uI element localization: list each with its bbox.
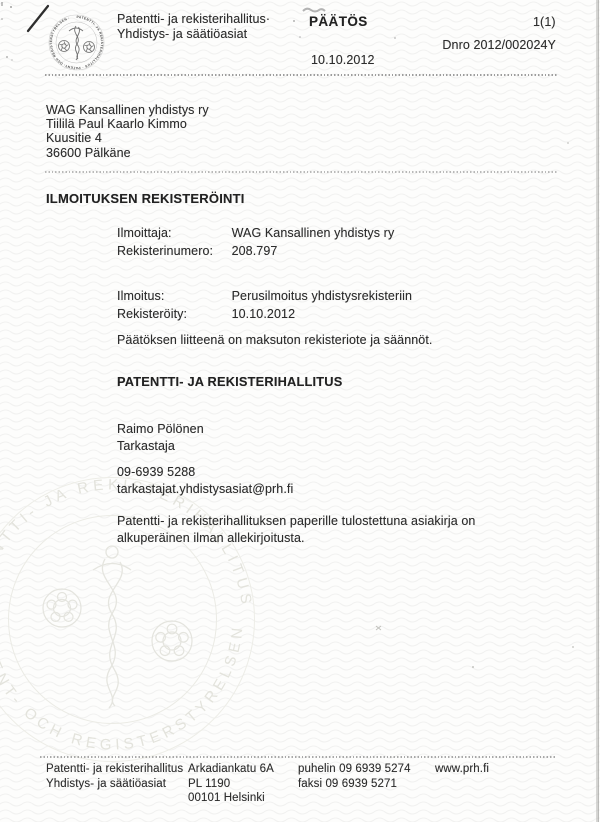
- field-value: WAG Kansallinen yhdistys ry: [232, 226, 395, 240]
- watermark-ring-text-bottom: PATENT- OCH REGISTERSTYRELSEN: [0, 623, 247, 754]
- scan-speck: [472, 666, 474, 668]
- section-heading: ILMOITUKSEN REKISTERÖINTI: [46, 192, 245, 207]
- field-value: 10.10.2012: [232, 307, 296, 321]
- footer-phone: puhelin 09 6939 5274: [298, 762, 411, 777]
- watermark-rosette-right: [152, 621, 192, 661]
- doc-type-title: PÄÄTÖS: [309, 15, 368, 30]
- doc-date: 10.10.2012: [311, 53, 375, 68]
- pen-mark: [28, 6, 48, 31]
- field-value: Perusilmoitus yhdistysrekisteriin: [232, 289, 412, 303]
- signature-block: Raimo Pölönen Tarkastaja: [117, 421, 204, 455]
- footer-address-line2: PL 1190: [188, 777, 274, 792]
- dnro-number: Dnro 2012/002024Y: [442, 38, 556, 53]
- prh-seal-icon: PATENTTI- JA REKISTERIHALLITUS · PATENT-…: [47, 13, 106, 72]
- scan-speck: [11, 59, 12, 60]
- footer-separator-line: [40, 756, 557, 758]
- recipient-line: 36600 Pälkäne: [46, 146, 209, 160]
- footer-fax: faksi 09 6939 5271: [298, 777, 411, 792]
- scan-edge-shadow: [596, 0, 597, 822]
- footer-website: www.prh.fi: [435, 762, 489, 777]
- field-label: Rekisteröity:: [117, 307, 228, 322]
- contact-block: 09-6939 5288 tarkastajat.yhdistysasiat@p…: [117, 464, 293, 498]
- contact-phone: 09-6939 5288: [117, 464, 293, 481]
- scan-edge-line: [598, 0, 599, 822]
- seal-rosette-right: [84, 42, 95, 53]
- scan-speck: [299, 36, 301, 38]
- footer-org-block: Patentti- ja rekisterihallitus Yhdistys-…: [46, 762, 183, 791]
- header-org-line2: Yhdistys- ja säätiöasiat: [117, 27, 270, 42]
- scan-speck: [394, 37, 396, 39]
- scan-speck: [572, 646, 574, 648]
- recipient-line: WAG Kansallinen yhdistys ry: [46, 103, 209, 117]
- office-name: PATENTTI- JA REKISTERIHALLITUS: [117, 375, 342, 390]
- footer-address-line1: Arkadiankatu 6A: [188, 762, 274, 777]
- attachment-note: Päätöksen liitteenä on maksuton rekister…: [117, 333, 433, 348]
- footer-address-line3: 00101 Helsinki: [188, 791, 274, 806]
- validity-note: Patentti- ja rekisterihallituksen paperi…: [117, 513, 475, 548]
- field-label: Ilmoitus:: [117, 289, 228, 304]
- scan-speck: [1, 18, 3, 20]
- recipient-line: Tiililä Paul Kaarlo Kimmo: [46, 117, 209, 131]
- field-row-rekisterinumero: Rekisterinumero: 208.797: [117, 244, 277, 259]
- signer-name: Raimo Pölönen: [117, 421, 204, 438]
- scan-speck: [293, 20, 295, 22]
- recipient-address-block: WAG Kansallinen yhdistys ry Tiililä Paul…: [46, 103, 209, 160]
- contact-email: tarkastajat.yhdistysasiat@prh.fi: [117, 481, 293, 498]
- seal-rosette-left: [59, 41, 70, 52]
- field-row-rekisteroity: Rekisteröity: 10.10.2012: [117, 307, 295, 322]
- header-separator-line: [45, 74, 558, 76]
- field-row-ilmoitus: Ilmoitus: Perusilmoitus yhdistysrekister…: [117, 289, 412, 304]
- svg-text:PATENT- OCH REGISTERSTYRELSEN: PATENT- OCH REGISTERSTYRELSEN: [0, 623, 247, 754]
- document-page: PATENTTI- JA REKISTERIHALLITUS PATENT- O…: [0, 0, 600, 822]
- validity-note-line2: alkuperäinen ilman allekirjoitusta.: [117, 530, 475, 547]
- field-label: Ilmoittaja:: [117, 226, 228, 241]
- footer-org-line2: Yhdistys- ja säätiöasiat: [46, 777, 183, 792]
- signer-title: Tarkastaja: [117, 438, 204, 455]
- watermark-rosette-left: [43, 589, 81, 627]
- footer-address-block: Arkadiankatu 6A PL 1190 00101 Helsinki: [188, 762, 274, 806]
- recipient-line: Kuusitie 4: [46, 131, 209, 145]
- footer-org-line1: Patentti- ja rekisterihallitus: [46, 762, 183, 777]
- seal-center-motif: [69, 26, 83, 60]
- field-row-ilmoittaja: Ilmoittaja: WAG Kansallinen yhdistys ry: [117, 226, 394, 241]
- header-org-line1: Patentti- ja rekisterihallitus·: [117, 12, 270, 27]
- watermark-caduceus: [93, 546, 131, 708]
- scan-speck: [6, 56, 8, 58]
- page-number: 1(1): [533, 15, 556, 30]
- footer-phone-block: puhelin 09 6939 5274 faksi 09 6939 5271: [298, 762, 411, 791]
- scan-speck: [567, 142, 569, 144]
- address-separator-line: [45, 171, 557, 173]
- validity-note-line1: Patentti- ja rekisterihallituksen paperi…: [117, 513, 475, 530]
- scan-smudge: [303, 9, 325, 12]
- watermark-seal: PATENTTI- JA REKISTERIHALLITUS PATENT- O…: [0, 462, 270, 777]
- scan-speck: [10, 6, 12, 8]
- field-value: 208.797: [232, 244, 278, 258]
- scan-speck: [376, 626, 381, 630]
- field-label: Rekisterinumero:: [117, 244, 228, 259]
